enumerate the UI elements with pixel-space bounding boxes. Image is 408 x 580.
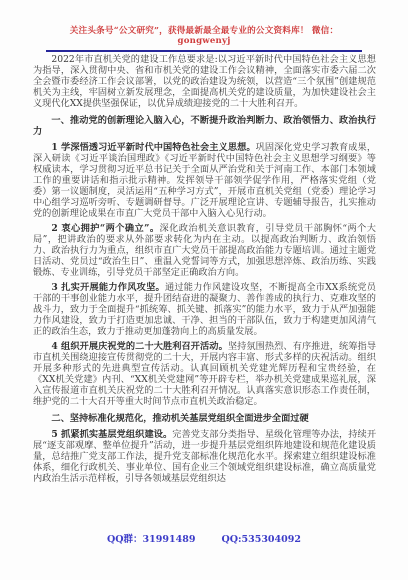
document-page: 关注头条号“公文研究”，获得最新最全最专业的公文资料库！ 微信：gongweny… xyxy=(0,0,408,580)
section-2-title: 二、坚持标准化规范化，推动机关基层党组织全面进步全面过硬 xyxy=(33,413,376,424)
qq-group-number: QQ群：31991489 xyxy=(107,534,195,545)
section-1-item-3: 3 扎实开展能力作风攻坚。通过能力作风建设攻坚，不断提高全市XX系统党员干部的干… xyxy=(33,282,376,337)
item-3-lead: 3 扎实开展能力作风攻坚。 xyxy=(51,282,165,293)
item-4-lead: 4 组织开展庆祝党的二十大胜利召开活动。 xyxy=(51,341,227,352)
document-body: 2022年市直机关党的建设工作总要求是:以习近平新时代中国特色社会主义思想为指导… xyxy=(33,54,376,488)
contact-footer: QQ群：31991489QQ:535304092 xyxy=(0,534,408,546)
intro-paragraph: 2022年市直机关党的建设工作总要求是:以习近平新时代中国特色社会主义思想为指导… xyxy=(33,54,376,109)
item-1-text: 巩固深化党史学习教育成果，深入研读《习近平谈治国理政》《习近平新时代中国特色社会… xyxy=(33,142,376,219)
promo-header-banner: 关注头条号“公文研究”，获得最新最全最专业的公文资料库！ 微信：gongweny… xyxy=(46,26,362,52)
section-1-item-2: 2 衷心拥护“两个确立”。深化政治机关意识教育，引导党员干部胸怀“两个大局”，把… xyxy=(33,223,376,278)
item-2-lead: 2 衷心拥护“两个确立”。 xyxy=(51,223,159,234)
section-1-item-4: 4 组织开展庆祝党的二十大胜利召开活动。坚持氛围热烈、有序推进，统筹指导市直机关… xyxy=(33,341,376,407)
qq-number: QQ:535304092 xyxy=(221,534,301,545)
item-1-lead: 1 学深悟透习近平新时代中国特色社会主义思想。 xyxy=(51,142,255,153)
section-2-item-5: 5 抓紧抓实基层党组织建设。完善党支部分类指导、星级化管理等办法，持续开展“逐支… xyxy=(33,429,376,484)
section-1-title: 一、推动党的创新理论入脑入心，不断提升政治判断力、政治领悟力、政治执行力 xyxy=(33,115,376,137)
item-5-lead: 5 抓紧抓实基层党组织建设。 xyxy=(51,429,172,440)
section-1-item-1: 1 学深悟透习近平新时代中国特色社会主义思想。巩固深化党史学习教育成果，深入研读… xyxy=(33,142,376,219)
